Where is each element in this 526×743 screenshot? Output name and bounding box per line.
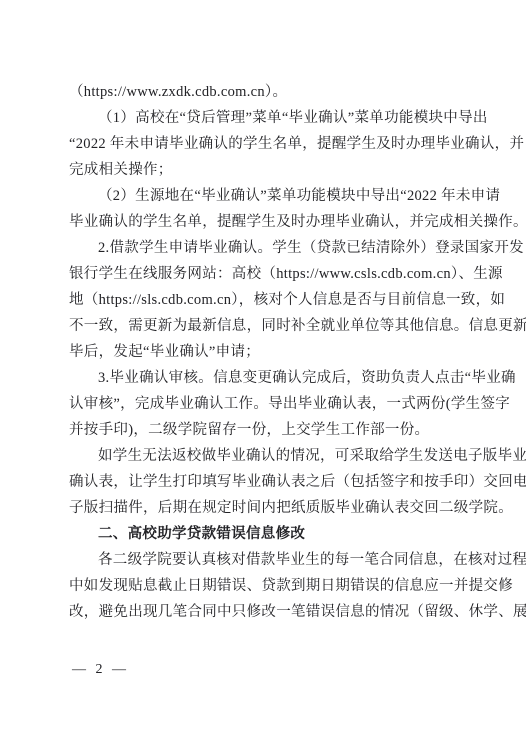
text-line: 改，避免出现几笔合同中只修改一笔错误信息的情况（留级、休学、展 bbox=[69, 599, 471, 625]
text-line: 认审核”，完成毕业确认工作。导出毕业确认表，一式两份(学生签字 bbox=[69, 391, 471, 417]
text-line: 中如发现贴息截止日期错误、贷款到期日期错误的信息应一并提交修 bbox=[69, 573, 471, 599]
text-line: （https://www.zxdk.cdb.com.cn）。 bbox=[69, 79, 471, 105]
text-line: 各二级学院要认真核对借款毕业生的每一笔合同信息，在核对过程 bbox=[69, 547, 471, 573]
text-line: （2）生源地在“毕业确认”菜单功能模块中导出“2022 年未申请 bbox=[69, 183, 471, 209]
text-line: 2.借款学生申请毕业确认。学生（贷款已结清除外）登录国家开发 bbox=[69, 235, 471, 261]
text-line: “2022 年未申请毕业确认的学生名单，提醒学生及时办理毕业确认，并 bbox=[69, 131, 471, 157]
text-line: 银行学生在线服务网站：高校（https://www.csls.cdb.com.c… bbox=[69, 261, 471, 287]
document-page: （https://www.zxdk.cdb.com.cn）。 （1）高校在“贷后… bbox=[0, 0, 526, 743]
text-line: 如学生无法返校做毕业确认的情况，可采取给学生发送电子版毕业 bbox=[69, 443, 471, 469]
page-number: — 2 — bbox=[72, 658, 129, 682]
text-line: 并按手印)，二级学院留存一份，上交学生工作部一份。 bbox=[69, 417, 471, 443]
text-line: 毕业确认的学生名单，提醒学生及时办理毕业确认，并完成相关操作。 bbox=[69, 209, 471, 235]
text-line: 3.毕业确认审核。信息变更确认完成后，资助负责人点击“毕业确 bbox=[69, 365, 471, 391]
text-line: 完成相关操作； bbox=[69, 157, 471, 183]
text-line: 子版扫描件，后期在规定时间内把纸质版毕业确认表交回二级学院。 bbox=[69, 495, 471, 521]
text-line: （1）高校在“贷后管理”菜单“毕业确认”菜单功能模块中导出 bbox=[69, 105, 471, 131]
text-line: 毕后，发起“毕业确认”申请； bbox=[69, 339, 471, 365]
text-line: 地（https://sls.cdb.com.cn），核对个人信息是否与目前信息一… bbox=[69, 287, 471, 313]
document-body: （https://www.zxdk.cdb.com.cn）。 （1）高校在“贷后… bbox=[69, 79, 471, 625]
section-heading: 二、高校助学贷款错误信息修改 bbox=[69, 521, 471, 547]
text-line: 不一致，需更新为最新信息，同时补全就业单位等其他信息。信息更新完 bbox=[69, 313, 471, 339]
text-line: 确认表，让学生打印填写毕业确认表之后（包括签字和按手印）交回电 bbox=[69, 469, 471, 495]
